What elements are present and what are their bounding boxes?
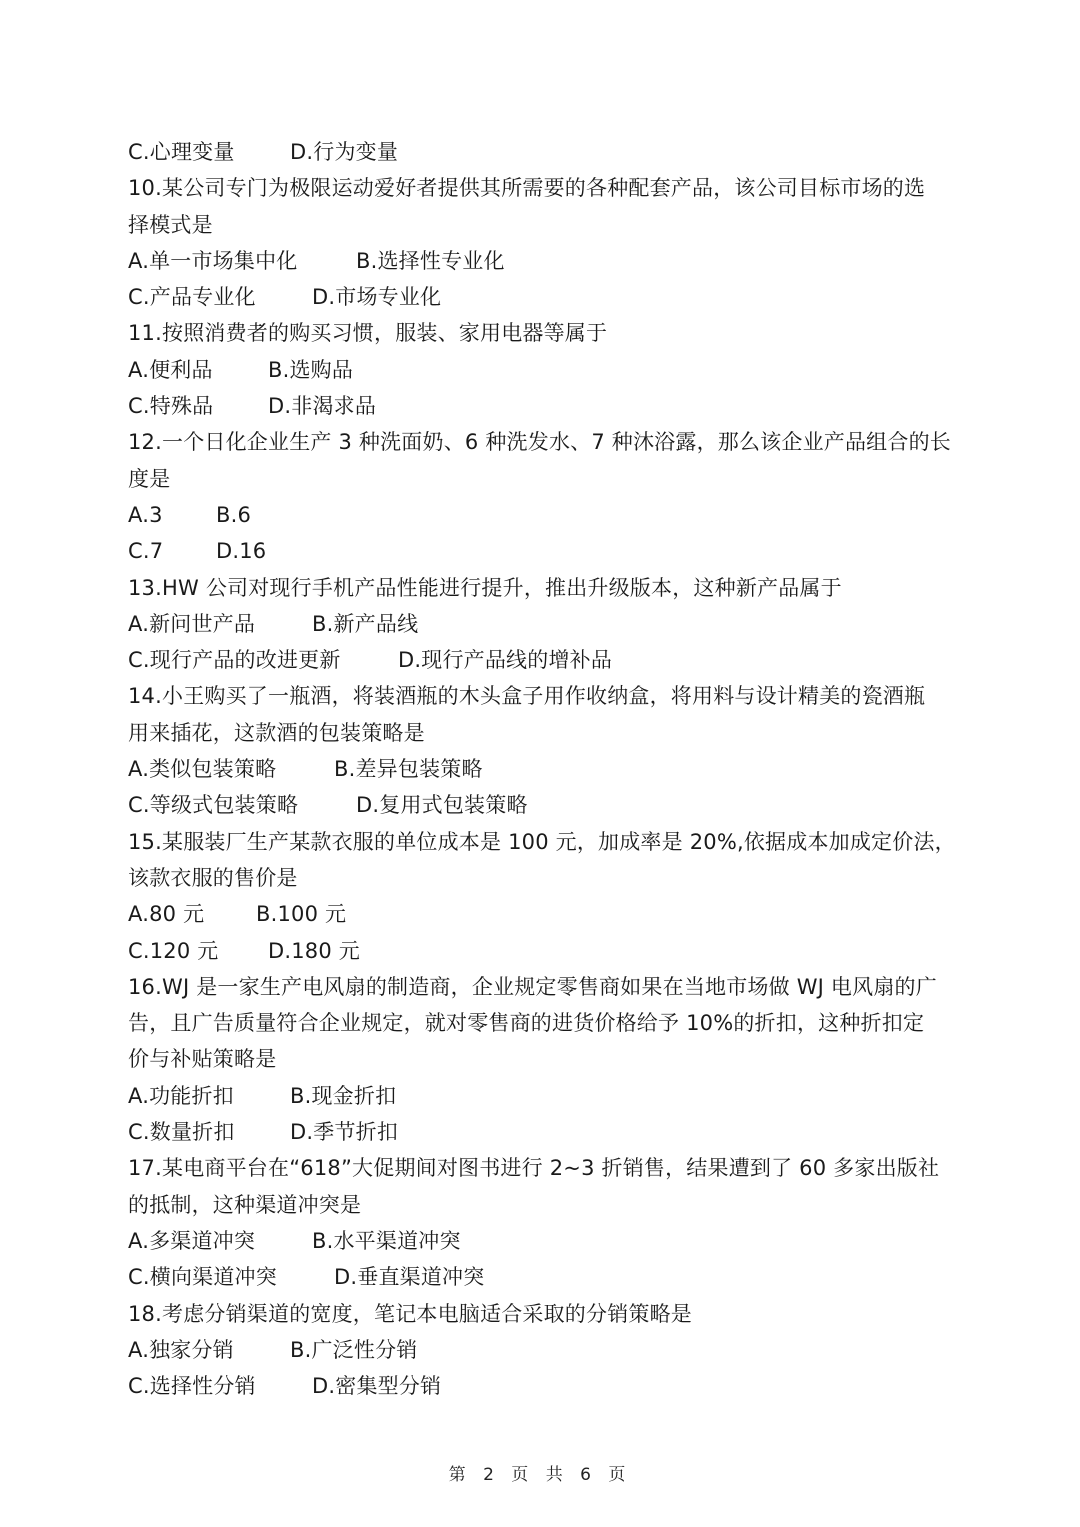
answer-options-row: C.产品专业化D.市场专业化 [128,279,958,315]
answer-option: D.16 [216,533,266,569]
question-text-line: 择模式是 [128,207,958,243]
answer-option: C.现行产品的改进更新 [128,642,398,678]
question-text-line: 度是 [128,461,958,497]
answer-option: C.120 元 [128,933,268,969]
answer-options-row: C.现行产品的改进更新D.现行产品线的增补品 [128,642,958,678]
answer-option: C.数量折扣 [128,1114,290,1150]
answer-option: A.独家分销 [128,1332,290,1368]
answer-options-row: A.功能折扣B.现金折扣 [128,1078,958,1114]
answer-option: A.3 [128,497,216,533]
answer-option: A.新问世产品 [128,606,312,642]
answer-options-row: A.单一市场集中化B.选择性专业化 [128,243,958,279]
answer-options-row: A.新问世产品B.新产品线 [128,606,958,642]
answer-option: B.新产品线 [312,606,418,642]
answer-option: C.产品专业化 [128,279,312,315]
answer-option: D.垂直渠道冲突 [334,1259,484,1295]
answer-option: D.非渴求品 [268,388,376,424]
question-text-line: 该款衣服的售价是 [128,860,958,896]
answer-options-row: C.心理变量D.行为变量 [128,134,958,170]
answer-option: D.复用式包装策略 [356,787,528,823]
answer-option: B.6 [216,497,251,533]
answer-options-row: C.等级式包装策略D.复用式包装策略 [128,787,958,823]
answer-option: C.特殊品 [128,388,268,424]
answer-options-row: A.80 元B.100 元 [128,896,958,932]
answer-option: A.多渠道冲突 [128,1223,312,1259]
question-text-line: 14.小王购买了一瓶酒，将装酒瓶的木头盒子用作收纳盒，将用料与设计精美的瓷酒瓶 [128,678,958,714]
answer-option: C.等级式包装策略 [128,787,356,823]
answer-option: A.80 元 [128,896,256,932]
answer-option: D.季节折扣 [290,1114,398,1150]
question-text-line: 17.某电商平台在“618”大促期间对图书进行 2~3 折销售，结果遭到了 60… [128,1150,958,1186]
answer-option: A.单一市场集中化 [128,243,356,279]
answer-option: C.选择性分销 [128,1368,312,1404]
answer-option: A.功能折扣 [128,1078,290,1114]
question-text-line: 18.考虑分销渠道的宽度，笔记本电脑适合采取的分销策略是 [128,1296,958,1332]
answer-option: D.密集型分销 [312,1368,441,1404]
question-text-line: 15.某服装厂生产某款衣服的单位成本是 100 元，加成率是 20%,依据成本加… [128,824,958,860]
answer-option: B.水平渠道冲突 [312,1223,461,1259]
question-text-line: 价与补贴策略是 [128,1041,958,1077]
question-text-line: 13.HW 公司对现行手机产品性能进行提升，推出升级版本，这种新产品属于 [128,570,958,606]
exam-page-content: C.心理变量D.行为变量10.某公司专门为极限运动爱好者提供其所需要的各种配套产… [128,134,958,1404]
answer-option: B.广泛性分销 [290,1332,417,1368]
answer-option: B.100 元 [256,896,346,932]
question-text-line: 10.某公司专门为极限运动爱好者提供其所需要的各种配套产品，该公司目标市场的选 [128,170,958,206]
answer-option: B.差异包装策略 [334,751,483,787]
answer-options-row: C.特殊品D.非渴求品 [128,388,958,424]
answer-options-row: A.3B.6 [128,497,958,533]
answer-option: C.横向渠道冲突 [128,1259,334,1295]
answer-options-row: A.多渠道冲突B.水平渠道冲突 [128,1223,958,1259]
question-text-line: 告，且广告质量符合企业规定，就对零售商的进货价格给予 10%的折扣，这种折扣定 [128,1005,958,1041]
answer-options-row: A.独家分销B.广泛性分销 [128,1332,958,1368]
question-text-line: 16.WJ 是一家生产电风扇的制造商，企业规定零售商如果在当地市场做 WJ 电风… [128,969,958,1005]
question-text-line: 11.按照消费者的购买习惯，服装、家用电器等属于 [128,315,958,351]
answer-option: C.7 [128,533,216,569]
page-number-footer: 第 2 页 共 6 页 [0,1460,1080,1485]
question-text-line: 的抵制，这种渠道冲突是 [128,1187,958,1223]
answer-options-row: C.横向渠道冲突D.垂直渠道冲突 [128,1259,958,1295]
answer-option: D.180 元 [268,933,360,969]
answer-option: B.选择性专业化 [356,243,505,279]
answer-options-row: A.便利品B.选购品 [128,352,958,388]
answer-option: B.选购品 [268,352,353,388]
answer-option: B.现金折扣 [290,1078,396,1114]
question-text-line: 12.一个日化企业生产 3 种洗面奶、6 种洗发水、7 种沐浴露，那么该企业产品… [128,424,958,460]
answer-option: D.现行产品线的增补品 [398,642,612,678]
answer-options-row: C.7D.16 [128,533,958,569]
answer-option: A.类似包装策略 [128,751,334,787]
answer-options-row: A.类似包装策略B.差异包装策略 [128,751,958,787]
answer-option: C.心理变量 [128,134,290,170]
answer-option: A.便利品 [128,352,268,388]
answer-options-row: C.120 元D.180 元 [128,933,958,969]
question-text-line: 用来插花，这款酒的包装策略是 [128,715,958,751]
answer-option: D.市场专业化 [312,279,441,315]
answer-options-row: C.数量折扣D.季节折扣 [128,1114,958,1150]
answer-option: D.行为变量 [290,134,398,170]
answer-options-row: C.选择性分销D.密集型分销 [128,1368,958,1404]
